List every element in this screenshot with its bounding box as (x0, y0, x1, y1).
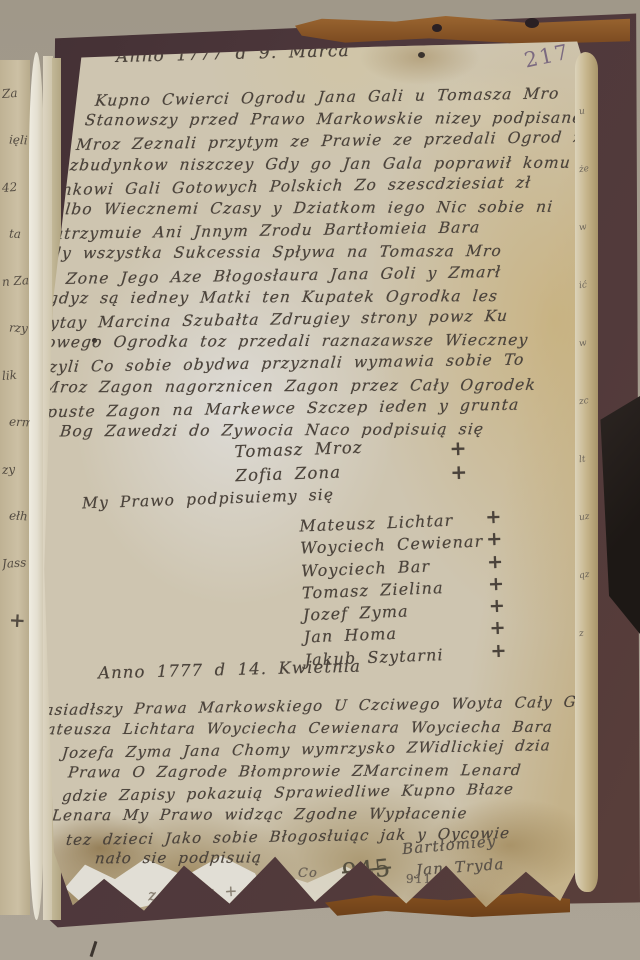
text-fragment: że (575, 139, 601, 199)
table-mark (90, 941, 98, 957)
text-fragment: rzy (8, 304, 30, 352)
cover-speck (432, 24, 442, 32)
manuscript-page: Anno 1777 d 9. Marca 217 Kupno Cwierci O… (30, 38, 600, 923)
text-fragment: ermi (8, 398, 30, 446)
text-fragment: + (8, 596, 30, 644)
law-subscription-line: My Prawo podpisuiemy się (82, 486, 335, 513)
bleedthrough-text-fragments: użewićwzcltuzqzz (579, 82, 597, 662)
text-fragment: zc (575, 371, 601, 431)
text-fragment: u (575, 81, 601, 141)
seller-signatures: Tomasz MrozZofia Zona (234, 436, 364, 488)
ink-spot (418, 52, 425, 58)
bottom-mark-co: Co (298, 866, 318, 881)
witness-signatures: Mateusz LichtarWoyciech CewienarWoyciech… (299, 509, 488, 672)
paragraph-sale-record: Kupno Cwierci Ogrodu Jana Gali u Tomasza… (30, 86, 575, 441)
text-fragment: ełh (8, 492, 30, 540)
text-fragment: Za (2, 70, 30, 118)
previous-page-text-fragments: Zaięli42tan ZarzylikermizyełhJass+ (2, 70, 30, 910)
witness-cross: + (485, 506, 503, 529)
photo-of-manuscript-book: Zaięli42tan ZarzylikermizyełhJass+ Anno … (0, 0, 640, 960)
text-fragment: ięli (8, 116, 30, 164)
cover-speck (525, 18, 539, 28)
text-fragment: w (575, 197, 601, 257)
signature-cross: + (450, 460, 469, 485)
witness-cross: + (489, 617, 507, 640)
page-number-annotation: 217 (522, 39, 572, 72)
witness-cross: + (488, 573, 506, 596)
text-fragment: uz (575, 487, 601, 547)
curled-page-edge: użewićwzcltuzqzz (575, 52, 598, 892)
signature-cross: + (449, 436, 468, 461)
text-fragment: 42 (2, 163, 30, 212)
signature-name: Tomasz Mroz (234, 436, 363, 464)
text-fragment: ić (575, 255, 601, 315)
text-fragment: zy (2, 445, 30, 494)
witness-cross: + (490, 639, 508, 662)
seller-signature-crosses: ++ (449, 436, 469, 485)
text-fragment: Jass (2, 539, 30, 588)
text-fragment: lt (575, 429, 601, 489)
text-fragment: w (575, 313, 601, 373)
witness-cross: + (487, 550, 505, 573)
text-fragment: n Za (2, 257, 30, 306)
witness-cross: + (488, 595, 506, 618)
text-fragment: qz (575, 545, 601, 605)
text-fragment: ta (8, 210, 30, 258)
witness-signature-crosses: +++++++ (485, 506, 508, 663)
text-fragment: z (575, 603, 601, 663)
witness-cross: + (486, 528, 504, 551)
date-heading-april: Anno 1777 d 14. Kwietnia (98, 657, 362, 683)
text-fragment: lik (2, 351, 30, 400)
signature-name: Zofia Zona (235, 460, 364, 488)
page-edge-strip (29, 52, 44, 920)
